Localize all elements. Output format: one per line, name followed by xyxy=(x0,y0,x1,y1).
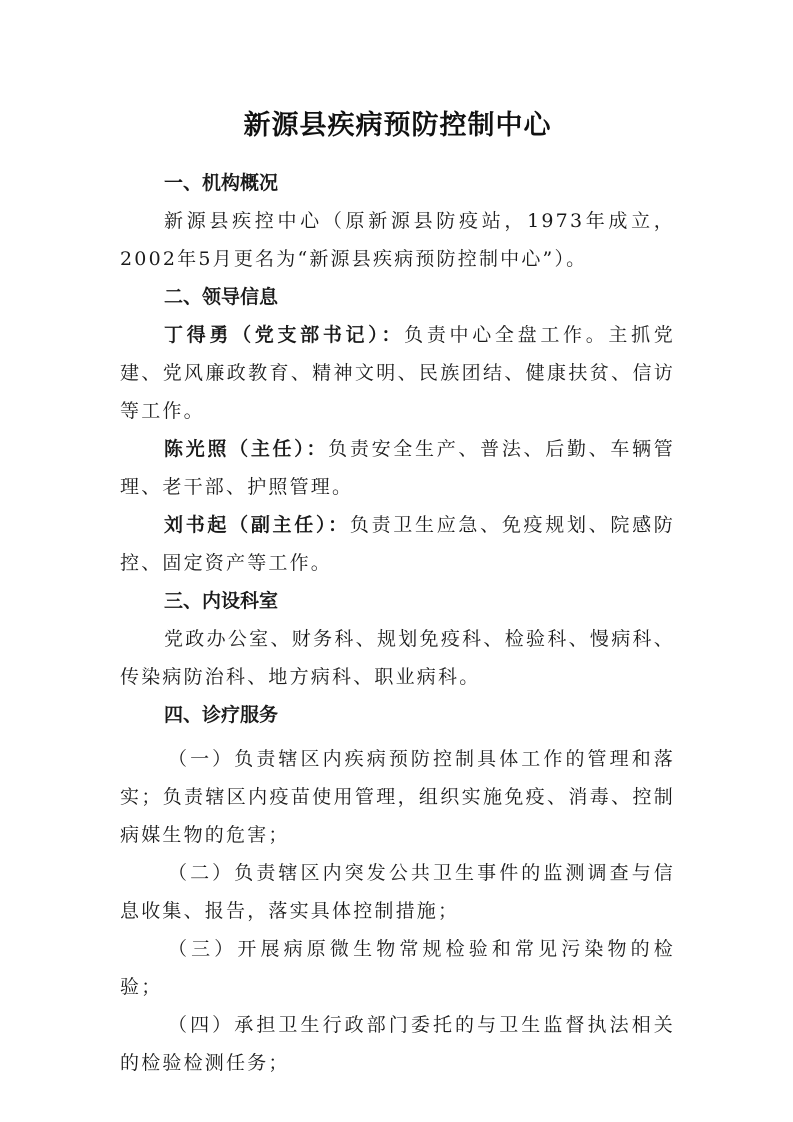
section-departments: 三、内设科室 党政办公室、财务科、规划免疫科、检验科、慢病科、传染病防治科、地方… xyxy=(120,582,675,696)
leader-name: 陈光照（主任）： xyxy=(164,438,328,460)
leader-entry: 丁得勇（党支部书记）：负责中心全盘工作。主抓党建、党风廉政教育、精神文明、民族团… xyxy=(120,316,675,430)
service-item: （四）承担卫生行政部门委托的与卫生监督执法相关的检验检测任务； xyxy=(120,1006,675,1082)
section-leadership: 二、领导信息 丁得勇（党支部书记）：负责中心全盘工作。主抓党建、党风廉政教育、精… xyxy=(120,278,675,582)
service-item: （一）负责辖区内疾病预防控制具体工作的管理和落实；负责辖区内疫苗使用管理，组织实… xyxy=(120,740,675,854)
paragraph: 党政办公室、财务科、规划免疫科、检验科、慢病科、传染病防治科、地方病科、职业病科… xyxy=(120,620,675,696)
section-heading: 二、领导信息 xyxy=(120,278,675,316)
document-title: 新源县疾病预防控制中心 xyxy=(120,106,675,146)
section-services: 四、诊疗服务 （一）负责辖区内疾病预防控制具体工作的管理和落实；负责辖区内疫苗使… xyxy=(120,696,675,1082)
section-overview: 一、机构概况 新源县疾控中心（原新源县防疫站，1973年成立，2002年5月更名… xyxy=(120,164,675,278)
document-page: 新源县疾病预防控制中心 一、机构概况 新源县疾控中心（原新源县防疫站，1973年… xyxy=(120,100,675,1082)
section-heading: 四、诊疗服务 xyxy=(120,696,675,734)
service-item: （二）负责辖区内突发公共卫生事件的监测调查与信息收集、报告，落实具体控制措施； xyxy=(120,854,675,930)
section-heading: 一、机构概况 xyxy=(120,164,675,202)
section-heading: 三、内设科室 xyxy=(120,582,675,620)
leader-name: 刘书起（副主任）： xyxy=(164,514,350,536)
paragraph: 新源县疾控中心（原新源县防疫站，1973年成立，2002年5月更名为“新源县疾病… xyxy=(120,202,675,278)
leader-name: 丁得勇（党支部书记）： xyxy=(164,324,404,346)
service-item: （三）开展病原微生物常规检验和常见污染物的检验； xyxy=(120,930,675,1006)
leader-entry: 陈光照（主任）：负责安全生产、普法、后勤、车辆管理、老干部、护照管理。 xyxy=(120,430,675,506)
leader-entry: 刘书起（副主任）：负责卫生应急、免疫规划、院感防控、固定资产等工作。 xyxy=(120,506,675,582)
